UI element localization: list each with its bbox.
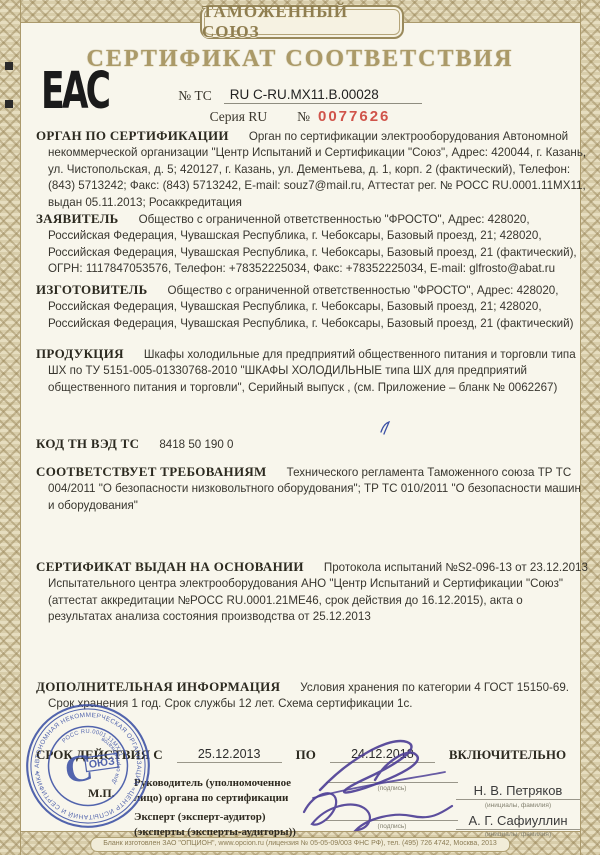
validity-inclusive-label: ВКЛЮЧИТЕЛЬНО xyxy=(449,747,566,763)
section-certification-body: ОРГАН ПО СЕРТИФИКАЦИИОрган по сертификац… xyxy=(36,127,590,211)
section-label: СЕРТИФИКАТ ВЫДАН НА ОСНОВАНИИ xyxy=(36,559,304,574)
organization-stamp: • АВТОНОМНАЯ НЕКОММЕРЧЕСКАЯ ОРГАНИЗАЦИЯ … xyxy=(16,694,161,839)
customs-union-badge: ТАМОЖЕННЫЙ СОЮЗ xyxy=(200,5,404,39)
page-title: СЕРТИФИКАТ СООТВЕТСТВИЯ xyxy=(0,46,600,73)
certificate-number-line: № ТС RU C-RU.MX11.B.00028 xyxy=(0,87,600,104)
section-product: ПРОДУКЦИЯШкафы холодильные для предприят… xyxy=(36,345,590,396)
certificate-page: ТАМОЖЕННЫЙ СОЮЗ ЕАС СЕРТИФИКАТ СООТВЕТСТ… xyxy=(0,0,600,855)
section-label: ОРГАН ПО СЕРТИФИКАЦИИ xyxy=(36,128,229,143)
series-number-prefix: № xyxy=(297,109,310,125)
section-manufacturer: ИЗГОТОВИТЕЛЬОбщество с ограниченной отве… xyxy=(36,281,590,332)
series-label: Серия RU xyxy=(210,109,267,125)
head-name-line xyxy=(456,799,580,800)
series-line: Серия RU № 0077626 xyxy=(0,108,600,125)
section-applicant: ЗАЯВИТЕЛЬОбщество с ограниченной ответст… xyxy=(36,210,590,278)
pen-mark xyxy=(378,420,392,436)
section-text: Общество с ограниченной ответственностью… xyxy=(48,213,577,275)
validity-date-from: 25.12.2013 xyxy=(177,747,282,763)
head-name: Н. В. Петряков xyxy=(458,783,578,798)
section-label: КОД ТН ВЭД ТС xyxy=(36,436,139,451)
section-issued-basis: СЕРТИФИКАТ ВЫДАН НА ОСНОВАНИИПротокола и… xyxy=(36,558,590,626)
section-tnved-code: КОД ТН ВЭД ТС8418 50 190 0 xyxy=(36,435,590,453)
section-label: ИЗГОТОВИТЕЛЬ xyxy=(36,282,147,297)
expert-name-line xyxy=(456,829,580,830)
expert-name: А. Г. Сафиуллин xyxy=(458,813,578,828)
certificate-number-value: RU C-RU.MX11.B.00028 xyxy=(224,87,422,104)
blank-printer-info: Бланк изготовлен ЗАО "ОПЦИОН", www.opcio… xyxy=(90,837,510,852)
section-label: ПРОДУКЦИЯ xyxy=(36,346,124,361)
section-label: ЗАЯВИТЕЛЬ xyxy=(36,211,119,226)
expert-signature-ink xyxy=(290,778,470,844)
section-label: ДОПОЛНИТЕЛЬНАЯ ИНФОРМАЦИЯ xyxy=(36,679,280,694)
section-compliance: СООТВЕТСТВУЕТ ТРЕБОВАНИЯМТехнического ре… xyxy=(36,463,590,514)
customs-union-badge-label: ТАМОЖЕННЫЙ СОЮЗ xyxy=(202,2,402,42)
head-name-caption: (инициалы, фамилия) xyxy=(456,802,580,809)
section-text: 8418 50 190 0 xyxy=(159,438,233,451)
series-number-value: 0077626 xyxy=(318,108,390,125)
certificate-number-label: № ТС xyxy=(178,88,212,104)
section-text: Шкафы холодильные для предприятий общест… xyxy=(48,348,576,394)
section-label: СООТВЕТСТВУЕТ ТРЕБОВАНИЯМ xyxy=(36,464,267,479)
